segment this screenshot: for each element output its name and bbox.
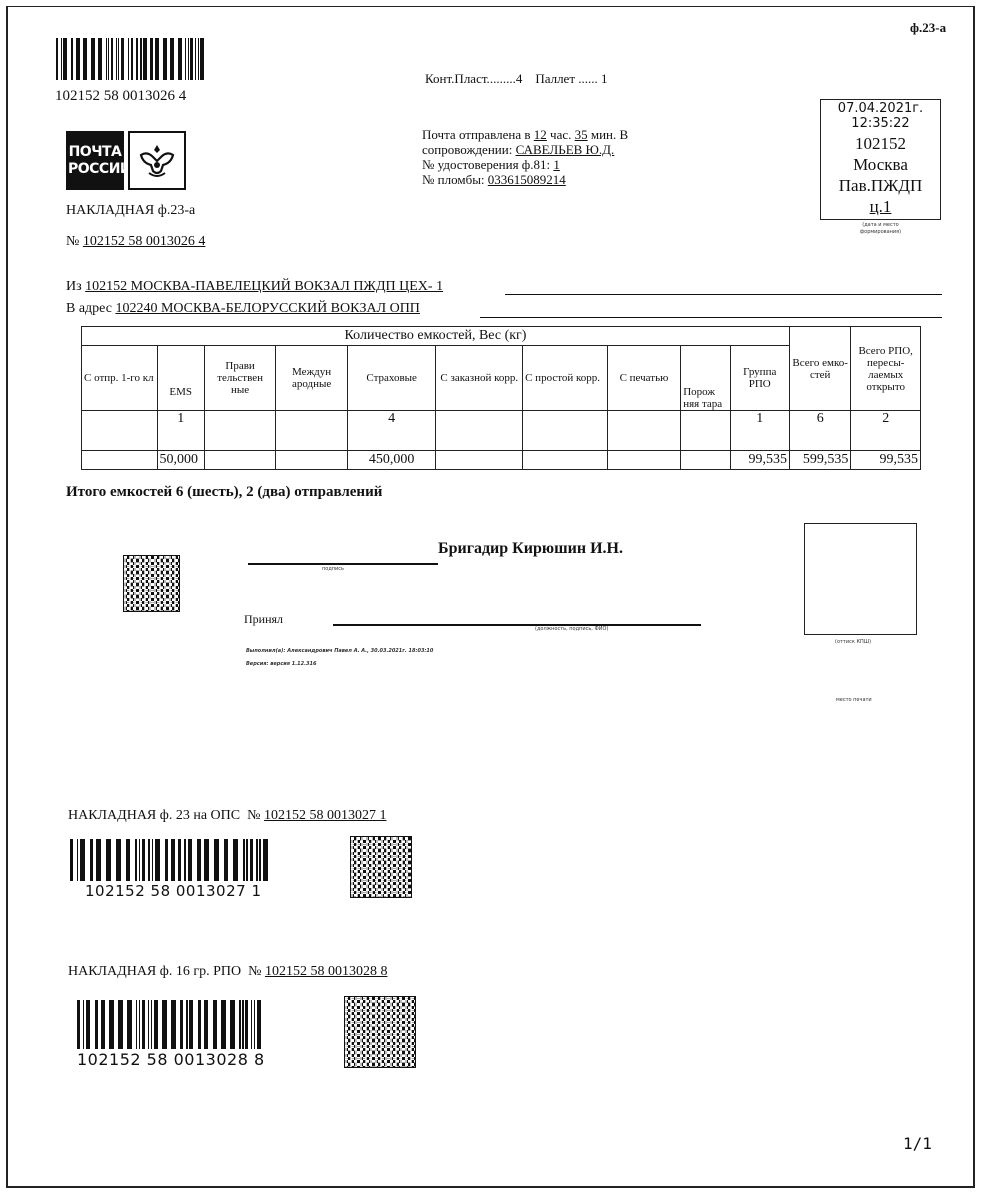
stamp-caption: (дата и место формирования): [820, 222, 941, 236]
hour-label: час.: [550, 127, 571, 142]
datamatrix-code: [123, 555, 180, 612]
weight-cell: 50,000: [157, 451, 204, 470]
sent-hour: 12: [534, 127, 547, 142]
invoice-rpo-barcode: [77, 1000, 266, 1049]
logo-text-line1: ПОЧТА: [68, 144, 122, 161]
to-value: 102240 МОСКВА-БЕЛОРУССКИЙ ВОКЗАЛ ОПП: [115, 301, 419, 316]
accepted-label: Принял: [244, 612, 283, 627]
weight-cell: [523, 451, 608, 470]
document-number-row: № 102152 58 0013026 4: [66, 234, 205, 250]
count-cell: 4: [347, 411, 436, 451]
seal-box-caption: (оттиск КПШ): [835, 639, 871, 646]
count-cell: [204, 411, 276, 451]
from-line: [505, 294, 942, 295]
invoice-rpo-header: НАКЛАДНАЯ ф. 16 гр. РПО № 102152 58 0013…: [68, 964, 387, 980]
stamp-time: 12:35:22: [821, 116, 940, 131]
invoice-ops-datamatrix: [350, 836, 412, 898]
plastic-label: Конт.Пласт.: [425, 71, 490, 86]
dispatch-info: Почта отправлена в 12 час. 35 мин. В соп…: [422, 127, 628, 187]
column-header: Прави тельствен ные: [204, 346, 276, 411]
top-barcode-number: 102152 58 0013026 4: [55, 88, 186, 105]
sent-minute: 35: [575, 127, 588, 142]
accepted-caption: (должность, подпись, ФИО): [535, 626, 608, 633]
count-cell: 6: [789, 411, 850, 451]
column-header: Группа РПО: [730, 346, 789, 411]
seal-value: 033615089214: [488, 172, 566, 187]
stamp-office: Пав.ПЖДП: [821, 175, 940, 196]
seal-box: [804, 523, 917, 635]
count-cell: [82, 411, 158, 451]
document-number: 102152 58 0013026 4: [83, 234, 206, 249]
weight-cell: [204, 451, 276, 470]
logo-text-line2: РОССИИ: [68, 161, 122, 178]
invoice-rpo-title: НАКЛАДНАЯ ф. 16 гр. РПО: [68, 964, 241, 979]
seal-row: № пломбы: 033615089214: [422, 172, 628, 187]
column-header: С печатью: [607, 346, 681, 411]
eagle-emblem: [128, 131, 186, 190]
header-total-rpo: Всего РПО, пересы-лаемых открыто: [851, 327, 921, 411]
escort-label: сопровождении:: [422, 142, 512, 157]
from-value: 102152 МОСКВА-ПАВЕЛЕЦКИЙ ВОКЗАЛ ПЖДП ЦЕХ…: [85, 279, 443, 294]
plastic-dots: ........: [490, 71, 516, 86]
executor-line: Выполнил(а): Александрович Павел А. А., …: [246, 648, 433, 655]
pallet-dots: ......: [578, 71, 598, 86]
sent-prefix: Почта отправлена в: [422, 127, 531, 142]
minute-label: мин. В: [591, 127, 628, 142]
count-cell: 1: [157, 411, 204, 451]
from-label: Из: [66, 279, 82, 294]
certificate-value: 1: [553, 157, 560, 172]
weight-cell: 99,535: [730, 451, 789, 470]
invoice-ops-title: НАКЛАДНАЯ ф. 23 на ОПС: [68, 808, 240, 823]
group-header: Количество емкостей, Вес (кг): [82, 327, 790, 346]
invoice-rpo-datamatrix: [344, 996, 416, 1068]
date-stamp: 07.04.2021г. 12:35:22 102152 Москва Пав.…: [820, 99, 941, 220]
weight-cell: [276, 451, 348, 470]
form-code: ф.23-а: [910, 20, 946, 36]
brigadier-name: Бригадир Кирюшин И.Н.: [438, 540, 623, 558]
count-cell: 2: [851, 411, 921, 451]
number-label: №: [66, 234, 79, 249]
count-cell: [523, 411, 608, 451]
eagle-icon: [135, 139, 179, 183]
count-cell: [681, 411, 730, 451]
weight-cell: [681, 451, 730, 470]
invoice-ops-barcode: [70, 839, 273, 881]
invoice-ops-header: НАКЛАДНАЯ ф. 23 на ОПС № 102152 58 00130…: [68, 808, 386, 824]
seal-label: № пломбы:: [422, 172, 485, 187]
weight-cell: [436, 451, 523, 470]
signature-caption: подпись: [322, 566, 344, 573]
stamp-index: 102152: [821, 133, 940, 154]
containers-table: Количество емкостей, Вес (кг) Всего емко…: [81, 326, 921, 470]
stamp-unit: ц.1: [821, 196, 940, 217]
stamp-caption-line2: формирования): [820, 229, 941, 236]
to-label: В адрес: [66, 301, 112, 316]
weight-cell: [607, 451, 681, 470]
page-number: 1/1: [903, 1134, 932, 1153]
count-cell: 1: [730, 411, 789, 451]
pallet-label: Паллет: [535, 71, 575, 86]
count-cell: [436, 411, 523, 451]
russian-post-logo: ПОЧТА РОССИИ: [66, 131, 124, 190]
escort-name: САВЕЛЬЕВ Ю.Д.: [516, 142, 615, 157]
weight-cell: 599,535: [789, 451, 850, 470]
invoice-ops-number: 102152 58 0013027 1: [264, 808, 387, 823]
count-cell: [276, 411, 348, 451]
accepted-line: [333, 624, 701, 626]
sent-time-row: Почта отправлена в 12 час. 35 мин. В: [422, 127, 628, 142]
route-to: В адрес 102240 МОСКВА-БЕЛОРУССКИЙ ВОКЗАЛ…: [66, 301, 420, 317]
signature-line: [248, 563, 438, 565]
invoice-rpo-barcode-number: 102152 58 0013028 8: [77, 1050, 265, 1069]
document-title: НАКЛАДНАЯ ф.23-а: [66, 203, 195, 219]
column-header: С отпр. 1-го кл: [82, 346, 158, 411]
weight-cell: 450,000: [347, 451, 436, 470]
weight-cell: [82, 451, 158, 470]
invoice-ops-number-label: №: [247, 808, 260, 823]
invoice-ops-barcode-number: 102152 58 0013027 1: [85, 882, 262, 900]
escort-row: сопровождении: САВЕЛЬЕВ Ю.Д.: [422, 142, 628, 157]
column-header: Страховые: [347, 346, 436, 411]
containers-row: Конт.Пласт.........4 Паллет ...... 1: [425, 71, 608, 87]
header-total-containers: Всего емко-стей: [789, 327, 850, 411]
to-line: [480, 317, 942, 318]
column-header: Междун ародные: [276, 346, 348, 411]
column-header: С заказной корр.: [436, 346, 523, 411]
seal-box-caption2: место печати: [836, 697, 872, 704]
invoice-rpo-number: 102152 58 0013028 8: [265, 964, 388, 979]
route-from: Из 102152 МОСКВА-ПАВЕЛЕЦКИЙ ВОКЗАЛ ПЖДП …: [66, 279, 443, 295]
version-line: Версия: версия 1.12.316: [246, 661, 316, 668]
top-barcode: [56, 38, 208, 80]
invoice-rpo-number-label: №: [248, 964, 261, 979]
certificate-label: № удостоверения ф.81:: [422, 157, 550, 172]
weight-cell: 99,535: [851, 451, 921, 470]
column-header: EMS: [157, 346, 204, 411]
plastic-value: 4: [516, 71, 523, 86]
certificate-row: № удостоверения ф.81: 1: [422, 157, 628, 172]
stamp-date: 07.04.2021г.: [821, 101, 940, 116]
pallet-value: 1: [601, 71, 608, 86]
stamp-caption-line1: (дата и место: [820, 222, 941, 229]
count-cell: [607, 411, 681, 451]
summary-text: Итого емкостей 6 (шесть), 2 (два) отправ…: [66, 484, 382, 501]
column-header: Порож няя тара: [681, 346, 730, 411]
stamp-city: Москва: [821, 154, 940, 175]
column-header: С простой корр.: [523, 346, 608, 411]
